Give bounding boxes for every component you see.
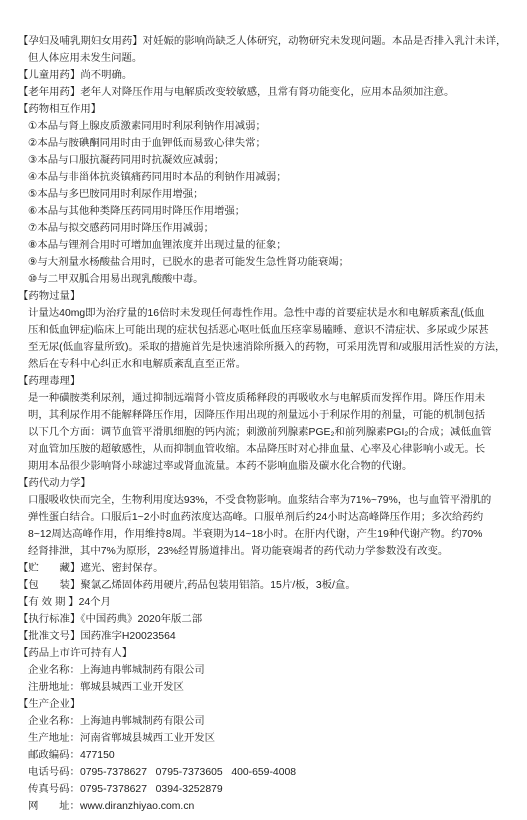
drug-interactions-text-line: ⑨与大剂量水杨酸盐合用时，已脱水的患者可能发生急性肾功能衰竭； xyxy=(18,254,509,271)
overdose-text-line: 然后在专科中心纠正水和电解质紊乱直至正常。 xyxy=(18,356,509,373)
leaflet-text-body: 【孕妇及哺乳期妇女用药】对妊娠的影响尚缺乏人体研究，动物研究未发现问题。本品是否… xyxy=(0,0,527,815)
packaging-header-line: 【包 装】聚氯乙烯固体药用硬片,药品包装用铝箔。15片/板，3板/盒。 xyxy=(18,577,509,594)
pharmacology-toxicology-text-line: 期用本品很少影响肾小球滤过率或肾血流量。本药不影响血脂及碳水化合物的代谢。 xyxy=(18,458,509,475)
drug-interactions-text-line: ②本品与胺碘酮同用时由于血钾低而易致心律失常； xyxy=(18,135,509,152)
pharmacology-toxicology-text-line: 对血管加压胺的超敏感性，从而抑制血管收缩。本品降压时对心排血量、心率及心律影响小… xyxy=(18,441,509,458)
section-marketing-authorization-holder: 【药品上市许可持有人】企业名称：上海迪冉郸城制药有限公司注册地址：郸城县城西工业… xyxy=(18,645,509,696)
drug-interactions-text-line: ⑩与二甲双胍合用易出现乳酸酸中毒。 xyxy=(18,271,509,288)
pharmacology-toxicology-header-line: 【药理毒理】 xyxy=(18,373,509,390)
section-pregnancy-lactation: 【孕妇及哺乳期妇女用药】对妊娠的影响尚缺乏人体研究，动物研究未发现问题。本品是否… xyxy=(18,33,509,67)
manufacturer-text-line: 网 址：www.diranzhiyao.com.cn xyxy=(18,798,509,815)
section-overdose: 【药物过量】计量达40mg即为治疗量的16倍时未发现任何毒性作用。急性中毒的首要… xyxy=(18,288,509,373)
manufacturer-header-line: 【生产企业】 xyxy=(18,696,509,713)
drug-interactions-text-line: ⑧本品与锂剂合用时可增加血锂浓度并出现过量的征象； xyxy=(18,237,509,254)
overdose-text-line: 计量达40mg即为治疗量的16倍时未发现任何毒性作用。急性中毒的首要症状是水和电… xyxy=(18,305,509,322)
section-manufacturer: 【生产企业】企业名称：上海迪冉郸城制药有限公司生产地址：河南省郸城县城西工业开发… xyxy=(18,696,509,815)
section-executive-standard: 【执行标准】《中国药典》2020年版二部 xyxy=(18,611,509,628)
manufacturer-text-line: 电话号码：0795-7378627 0795-7373605 400-659-4… xyxy=(18,764,509,781)
pregnancy-lactation-header-line: 【孕妇及哺乳期妇女用药】对妊娠的影响尚缺乏人体研究，动物研究未发现问题。本品是否… xyxy=(18,33,509,50)
pharmacokinetics-text-line: 8~12周达高峰作用，作用维持8周。半衰期为14~18小时。在肝内代谢，产生19… xyxy=(18,526,509,543)
shelf-life-header-line: 【有 效 期 】24个月 xyxy=(18,594,509,611)
overdose-text-line: 至无尿(低血容量所致)。采取的措施首先是快速消除所摄入的药物，可采用洗胃和/或服… xyxy=(18,339,509,356)
manufacturer-text-line: 企业名称：上海迪冉郸城制药有限公司 xyxy=(18,713,509,730)
pharmacokinetics-header-line: 【药代动力学】 xyxy=(18,475,509,492)
section-packaging: 【包 装】聚氯乙烯固体药用硬片,药品包装用铝箔。15片/板，3板/盒。 xyxy=(18,577,509,594)
overdose-text-line: 压和低血钾症)临床上可能出现的症状包括恶心呕吐低血压痉挛易瞌睡、意识不清症状、多… xyxy=(18,322,509,339)
marketing-authorization-holder-text-line: 注册地址：郸城县城西工业开发区 xyxy=(18,679,509,696)
pharmacokinetics-text-line: 口服吸收快而完全，生物利用度达93%，不受食物影响。血浆结合率为71%~79%，… xyxy=(18,492,509,509)
drug-interactions-text-line: ④本品与非甾体抗炎镇痛药同用时本品的利钠作用减弱； xyxy=(18,169,509,186)
storage-header-line: 【贮 藏】遮光、密封保存。 xyxy=(18,560,509,577)
geriatric-use-header-line: 【老年用药】老年人对降压作用与电解质改变较敏感，且常有肾功能变化，应用本品须加注… xyxy=(18,84,509,101)
executive-standard-header-line: 【执行标准】《中国药典》2020年版二部 xyxy=(18,611,509,628)
section-pharmacokinetics: 【药代动力学】口服吸收快而完全，生物利用度达93%，不受食物影响。血浆结合率为7… xyxy=(18,475,509,560)
section-pharmacology-toxicology: 【药理毒理】是一种磺胺类利尿剂，通过抑制远端肾小管皮质稀释段的再吸收水与电解质而… xyxy=(18,373,509,475)
pharmacology-toxicology-text-line: 以下几个方面：调节血管平滑肌细胞的钙内流；刺激前列腺素PGE₂和前列腺素PGI₂… xyxy=(18,424,509,441)
marketing-authorization-holder-text-line: 企业名称：上海迪冉郸城制药有限公司 xyxy=(18,662,509,679)
drug-interactions-text-line: ⑦本品与拟交感药同用时降压作用减弱； xyxy=(18,220,509,237)
section-storage: 【贮 藏】遮光、密封保存。 xyxy=(18,560,509,577)
pharmacology-toxicology-text-line: 是一种磺胺类利尿剂，通过抑制远端肾小管皮质稀释段的再吸收水与电解质而发挥作用。降… xyxy=(18,390,509,407)
drug-interactions-text-line: ③本品与口服抗凝药同用时抗凝效应减弱； xyxy=(18,152,509,169)
pregnancy-lactation-text-line: 但人体应用未发生问题。 xyxy=(18,50,509,67)
pharmacokinetics-text-line: 弹性蛋白结合。口服后1~2小时血药浓度达高峰。口服单剂后约24小时达高峰降压作用… xyxy=(18,509,509,526)
drug-interactions-header-line: 【药物相互作用】 xyxy=(18,101,509,118)
drug-interactions-text-line: ①本品与肾上腺皮质激素同用时利尿利钠作用减弱； xyxy=(18,118,509,135)
section-approval-number: 【批准文号】国药准字H20023564 xyxy=(18,628,509,645)
overdose-header-line: 【药物过量】 xyxy=(18,288,509,305)
section-shelf-life: 【有 效 期 】24个月 xyxy=(18,594,509,611)
drug-interactions-text-line: ⑤本品与多巴胺同用时利尿作用增强； xyxy=(18,186,509,203)
manufacturer-text-line: 邮政编码：477150 xyxy=(18,747,509,764)
manufacturer-text-line: 传真号码：0795-7378627 0394-3252879 xyxy=(18,781,509,798)
marketing-authorization-holder-header-line: 【药品上市许可持有人】 xyxy=(18,645,509,662)
pharmacokinetics-text-line: 经肾排泄，其中7%为原形，23%经胃肠道排出。肾功能衰竭者的药代动力学参数没有改… xyxy=(18,543,509,560)
section-drug-interactions: 【药物相互作用】①本品与肾上腺皮质激素同用时利尿利钠作用减弱；②本品与胺碘酮同用… xyxy=(18,101,509,288)
manufacturer-text-line: 生产地址：河南省郸城县城西工业开发区 xyxy=(18,730,509,747)
drug-interactions-text-line: ⑥本品与其他种类降压药同用时降压作用增强； xyxy=(18,203,509,220)
section-geriatric-use: 【老年用药】老年人对降压作用与电解质改变较敏感，且常有肾功能变化，应用本品须加注… xyxy=(18,84,509,101)
pharmacology-toxicology-text-line: 明，其利尿作用不能解释降压作用，因降压作用出现的剂量远小于利尿作用的剂量，可能的… xyxy=(18,407,509,424)
section-pediatric-use: 【儿童用药】尚不明确。 xyxy=(18,67,509,84)
pediatric-use-header-line: 【儿童用药】尚不明确。 xyxy=(18,67,509,84)
approval-number-header-line: 【批准文号】国药准字H20023564 xyxy=(18,628,509,645)
